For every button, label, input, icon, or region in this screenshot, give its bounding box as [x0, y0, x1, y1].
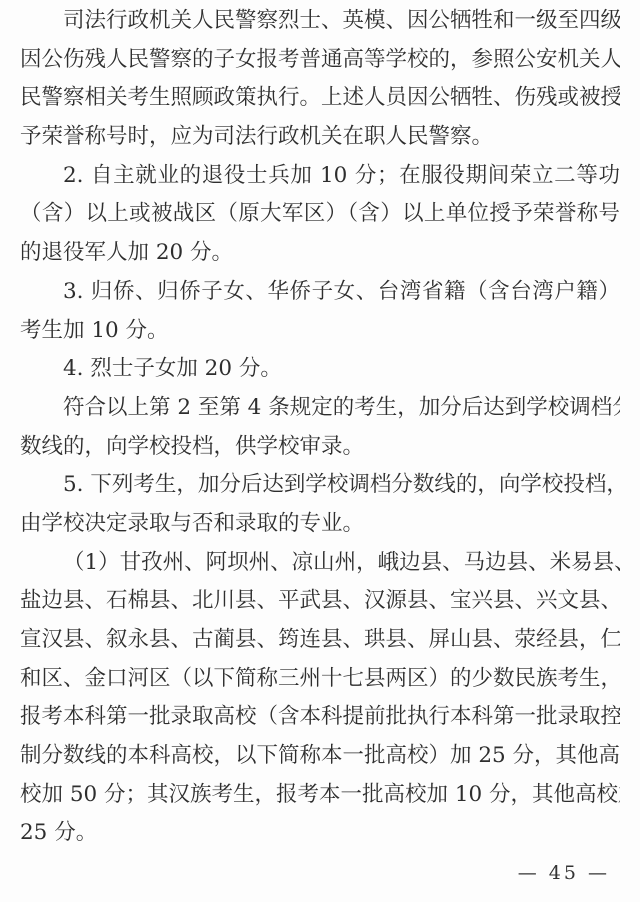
paragraph-7-line-2: 盐边县、石棉县、北川县、平武县、汉源县、宝兴县、兴文县、	[20, 582, 620, 621]
paragraph-5-line-1: 符合以上第 2 至第 4 条规定的考生，加分后达到学校调档分	[20, 389, 620, 428]
paragraph-6-line-1: 5. 下列考生，加分后达到学校调档分数线的，向学校投档，	[20, 466, 620, 505]
paragraph-1-line-1: 司法行政机关人民警察烈士、英模、因公牺牲和一级至四级	[20, 2, 620, 41]
paragraph-6-line-2: 由学校决定录取与否和录取的专业。	[20, 505, 620, 544]
paragraph-7-line-4: 和区、金口河区（以下简称三州十七县两区）的少数民族考生，	[20, 660, 620, 699]
paragraph-1-line-4: 予荣誉称号时，应为司法行政机关在职人民警察。	[20, 118, 620, 157]
paragraph-7-line-7: 校加 50 分；其汉族考生，报考本一批高校加 10 分，其他高校加	[20, 776, 620, 815]
paragraph-3-line-1: 3. 归侨、归侨子女、华侨子女、台湾省籍（含台湾户籍）	[20, 273, 620, 312]
paragraph-7-line-8: 25 分。	[20, 814, 620, 853]
paragraph-2-line-3: 的退役军人加 20 分。	[20, 234, 620, 273]
paragraph-5-line-2: 数线的，向学校投档，供学校审录。	[20, 428, 620, 467]
paragraph-7-line-5: 报考本科第一批录取高校（含本科提前批执行本科第一批录取控	[20, 698, 620, 737]
paragraph-1-line-2: 因公伤残人民警察的子女报考普通高等学校的，参照公安机关人	[20, 41, 620, 80]
paragraph-7-line-1: （1）甘孜州、阿坝州、凉山州，峨边县、马边县、米易县、	[20, 544, 620, 583]
paragraph-4-line-1: 4. 烈士子女加 20 分。	[20, 350, 620, 389]
paragraph-7-line-6: 制分数线的本科高校，以下简称本一批高校）加 25 分，其他高	[20, 737, 620, 776]
page-number: — 45 —	[518, 862, 610, 884]
paragraph-7-line-3: 宣汉县、叙永县、古蔺县、筠连县、珙县、屏山县、荥经县，仁	[20, 621, 620, 660]
paragraph-3-line-2: 考生加 10 分。	[20, 312, 620, 351]
document-page: { "page": { "background_color": "#fdfdfd…	[0, 0, 640, 902]
paragraph-1-line-3: 民警察相关考生照顾政策执行。上述人员因公牺牲、伤残或被授	[20, 79, 620, 118]
paragraph-2-line-1: 2. 自主就业的退役士兵加 10 分；在服役期间荣立二等功	[20, 157, 620, 196]
document-body: 司法行政机关人民警察烈士、英模、因公牺牲和一级至四级因公伤残人民警察的子女报考普…	[20, 2, 620, 853]
paragraph-2-line-2: （含）以上或被战区（原大军区）（含）以上单位授予荣誉称号	[20, 195, 620, 234]
